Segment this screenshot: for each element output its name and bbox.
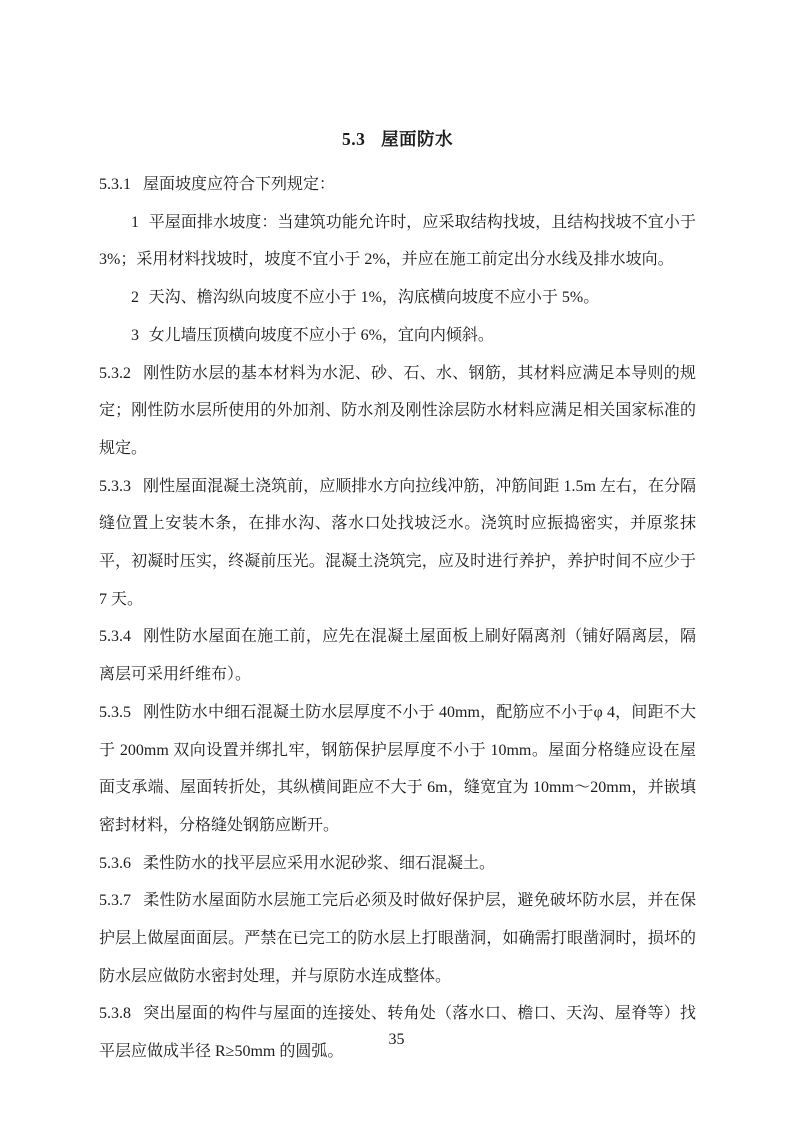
section-title: 屋面防水 [381,129,453,149]
subitem-label: 3 [131,327,139,344]
clause-label: 5.3.5 [99,704,131,721]
subitem-2: 2天沟、檐沟纵向坡度不应小于 1%，沟底横向坡度不应小于 5%。 [99,279,696,317]
section-heading: 5.3屋面防水 [99,126,696,152]
clause-label: 5.3.6 [99,855,131,872]
page-content: 5.3屋面防水 5.3.1屋面坡度应符合下列规定： 1平屋面排水坡度：当建筑功能… [99,126,696,1071]
clause-text: 柔性防水屋面防水层施工完后必须及时做好保护层，避免破坏防水层，并在保护层上做屋面… [99,892,696,984]
clause-5-3-7: 5.3.7柔性防水屋面防水层施工完后必须及时做好保护层，避免破坏防水层，并在保护… [99,882,696,995]
clause-text: 刚性屋面混凝土浇筑前，应顺排水方向拉线冲筋，冲筋间距 1.5m 左右，在分隔缝位… [99,478,696,608]
clause-label: 5.3.1 [99,176,131,193]
clause-text: 刚性防水屋面在施工前，应先在混凝土屋面板上刷好隔离剂（铺好隔离层，隔离层可采用纤… [99,628,696,683]
clause-label: 5.3.4 [99,628,131,645]
clause-text: 刚性防水中细石混凝土防水层厚度不小于 40mm，配筋应不小于φ 4，间距不大于 … [99,704,696,834]
clause-text: 柔性防水的找平层应采用水泥砂浆、细石混凝土。 [143,855,495,872]
clause-5-3-4: 5.3.4刚性防水屋面在施工前，应先在混凝土屋面板上刷好隔离剂（铺好隔离层，隔离… [99,618,696,693]
clause-text: 刚性防水层的基本材料为水泥、砂、石、水、钢筋，其材料应满足本导则的规定；刚性防水… [99,365,696,457]
clause-label: 5.3.3 [99,478,131,495]
subitem-text: 平屋面排水坡度：当建筑功能允许时，应采取结构找坡，且结构找坡不宜小于 3%；采用… [99,214,696,269]
subitem-label: 1 [131,214,139,231]
clause-label: 5.3.2 [99,365,131,382]
clause-5-3-3: 5.3.3刚性屋面混凝土浇筑前，应顺排水方向拉线冲筋，冲筋间距 1.5m 左右，… [99,468,696,619]
page-number: 35 [0,1028,793,1052]
clause-5-3-2: 5.3.2刚性防水层的基本材料为水泥、砂、石、水、钢筋，其材料应满足本导则的规定… [99,355,696,468]
clause-5-3-5: 5.3.5刚性防水中细石混凝土防水层厚度不小于 40mm，配筋应不小于φ 4，间… [99,694,696,845]
document-page: 5.3屋面防水 5.3.1屋面坡度应符合下列规定： 1平屋面排水坡度：当建筑功能… [0,0,793,1122]
clause-5-3-1: 5.3.1屋面坡度应符合下列规定： [99,166,696,204]
clause-text: 屋面坡度应符合下列规定： [143,176,335,193]
subitem-3: 3女儿墙压顶横向坡度不应小于 6%，宜向内倾斜。 [99,317,696,355]
clause-label: 5.3.7 [99,892,131,909]
subitem-label: 2 [131,289,139,306]
clause-label: 5.3.8 [99,1005,131,1022]
subitem-text: 女儿墙压顶横向坡度不应小于 6%，宜向内倾斜。 [149,327,494,344]
subitem-1: 1平屋面排水坡度：当建筑功能允许时，应采取结构找坡，且结构找坡不宜小于 3%；采… [99,204,696,279]
clause-5-3-6: 5.3.6柔性防水的找平层应采用水泥砂浆、细石混凝土。 [99,845,696,883]
subitem-text: 天沟、檐沟纵向坡度不应小于 1%，沟底横向坡度不应小于 5%。 [149,289,600,306]
section-number: 5.3 [342,129,365,149]
